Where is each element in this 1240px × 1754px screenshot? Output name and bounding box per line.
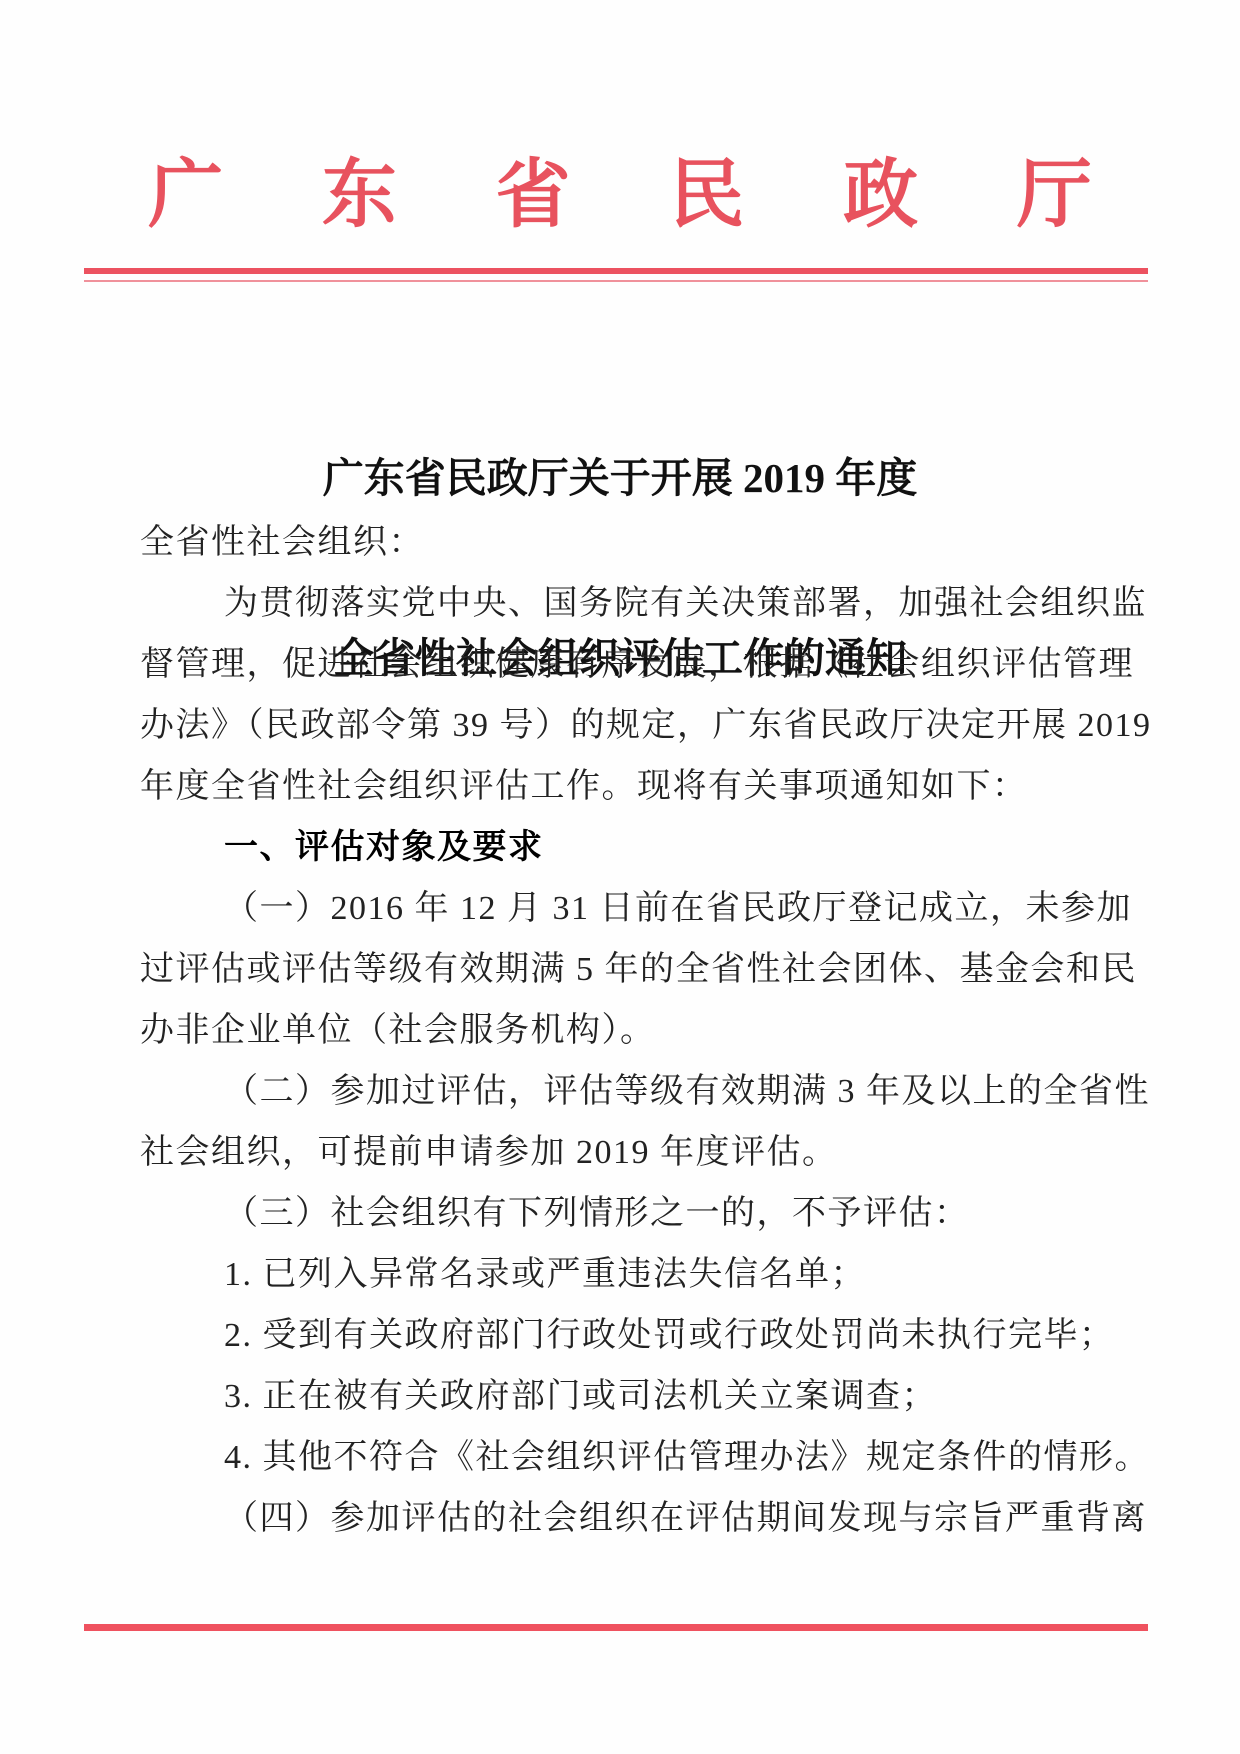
body-line: （二）参加过评估，评估等级有效期满 3 年及以上的全省性 <box>140 1061 1125 1122</box>
body-line: 办非企业单位（社会服务机构）。 <box>140 1000 1125 1061</box>
body-line: 社会组织，可提前申请参加 2019 年度评估。 <box>140 1122 1125 1183</box>
body-line: 年度全省性社会组织评估工作。现将有关事项通知如下： <box>140 756 1125 817</box>
letterhead-rule-thin <box>84 280 1148 282</box>
document-page: 广 东 省 民 政 厅 广东省民政厅关于开展 2019 年度 全省性社会组织评估… <box>0 0 1240 1754</box>
numbered-item: 4. 其他不符合《社会组织评估管理办法》规定条件的情形。 <box>140 1427 1125 1488</box>
numbered-item: 3. 正在被有关政府部门或司法机关立案调查； <box>140 1366 1125 1427</box>
numbered-item: 1. 已列入异常名录或严重违法失信名单； <box>140 1244 1125 1305</box>
body-line: （三）社会组织有下列情形之一的，不予评估： <box>140 1183 1125 1244</box>
body-line: 督管理，促进社会组织健康有序发展，根据《社会组织评估管理 <box>140 634 1125 695</box>
letterhead-rule-thick <box>84 268 1148 274</box>
document-title-line-1: 广东省民政厅关于开展 2019 年度 <box>0 448 1240 508</box>
salutation-line: 全省性社会组织： <box>140 512 1125 573</box>
body-line: 办法》（民政部令第 39 号）的规定，广东省民政厅决定开展 2019 <box>140 695 1125 756</box>
section-heading: 一、评估对象及要求 <box>140 817 1125 878</box>
body-line: 为贯彻落实党中央、国务院有关决策部署，加强社会组织监 <box>140 573 1125 634</box>
footer-rule <box>84 1624 1148 1631</box>
body-line: （一）2016 年 12 月 31 日前在省民政厅登记成立，未参加 <box>140 878 1125 939</box>
body-line: 过评估或评估等级有效期满 5 年的全省性社会团体、基金会和民 <box>140 939 1125 1000</box>
body-line: （四）参加评估的社会组织在评估期间发现与宗旨严重背离 <box>140 1488 1125 1549</box>
numbered-item: 2. 受到有关政府部门行政处罚或行政处罚尚未执行完毕； <box>140 1305 1125 1366</box>
document-body: 全省性社会组织： 为贯彻落实党中央、国务院有关决策部署，加强社会组织监 督管理，… <box>140 512 1125 1549</box>
letterhead-agency-title: 广 东 省 民 政 厅 <box>0 158 1240 233</box>
